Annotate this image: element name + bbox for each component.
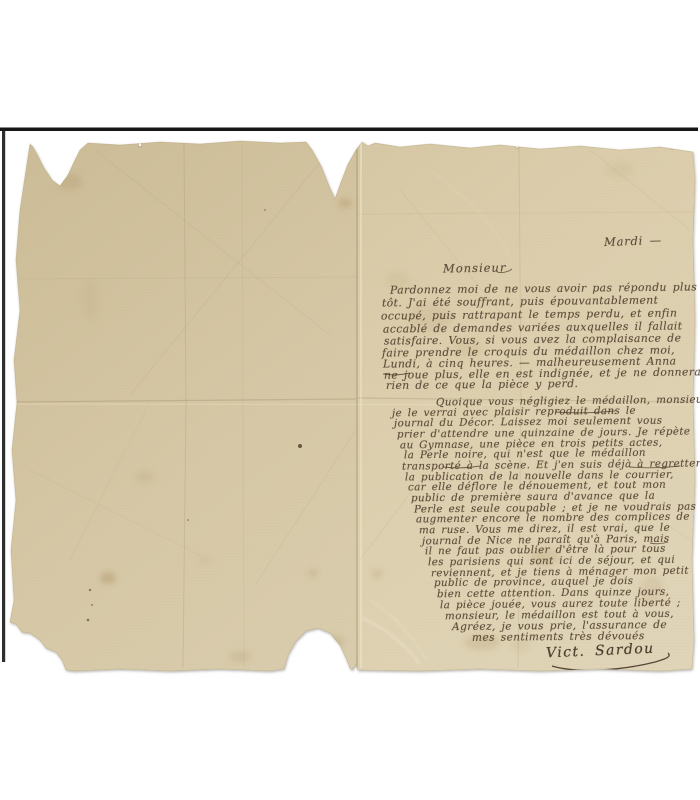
paper-texture: [0, 128, 700, 676]
fold-highlight: [12, 404, 694, 405]
scan-background: { "letter": { "date_line": "Mardi —", "s…: [0, 0, 700, 800]
scan-edge-left: [2, 130, 5, 662]
letter-artwork: [0, 0, 700, 800]
letter-photograph: Mardi — Monsieur Pardonnez moi de ne vou…: [0, 0, 700, 800]
scan-edge-top: [0, 128, 698, 132]
